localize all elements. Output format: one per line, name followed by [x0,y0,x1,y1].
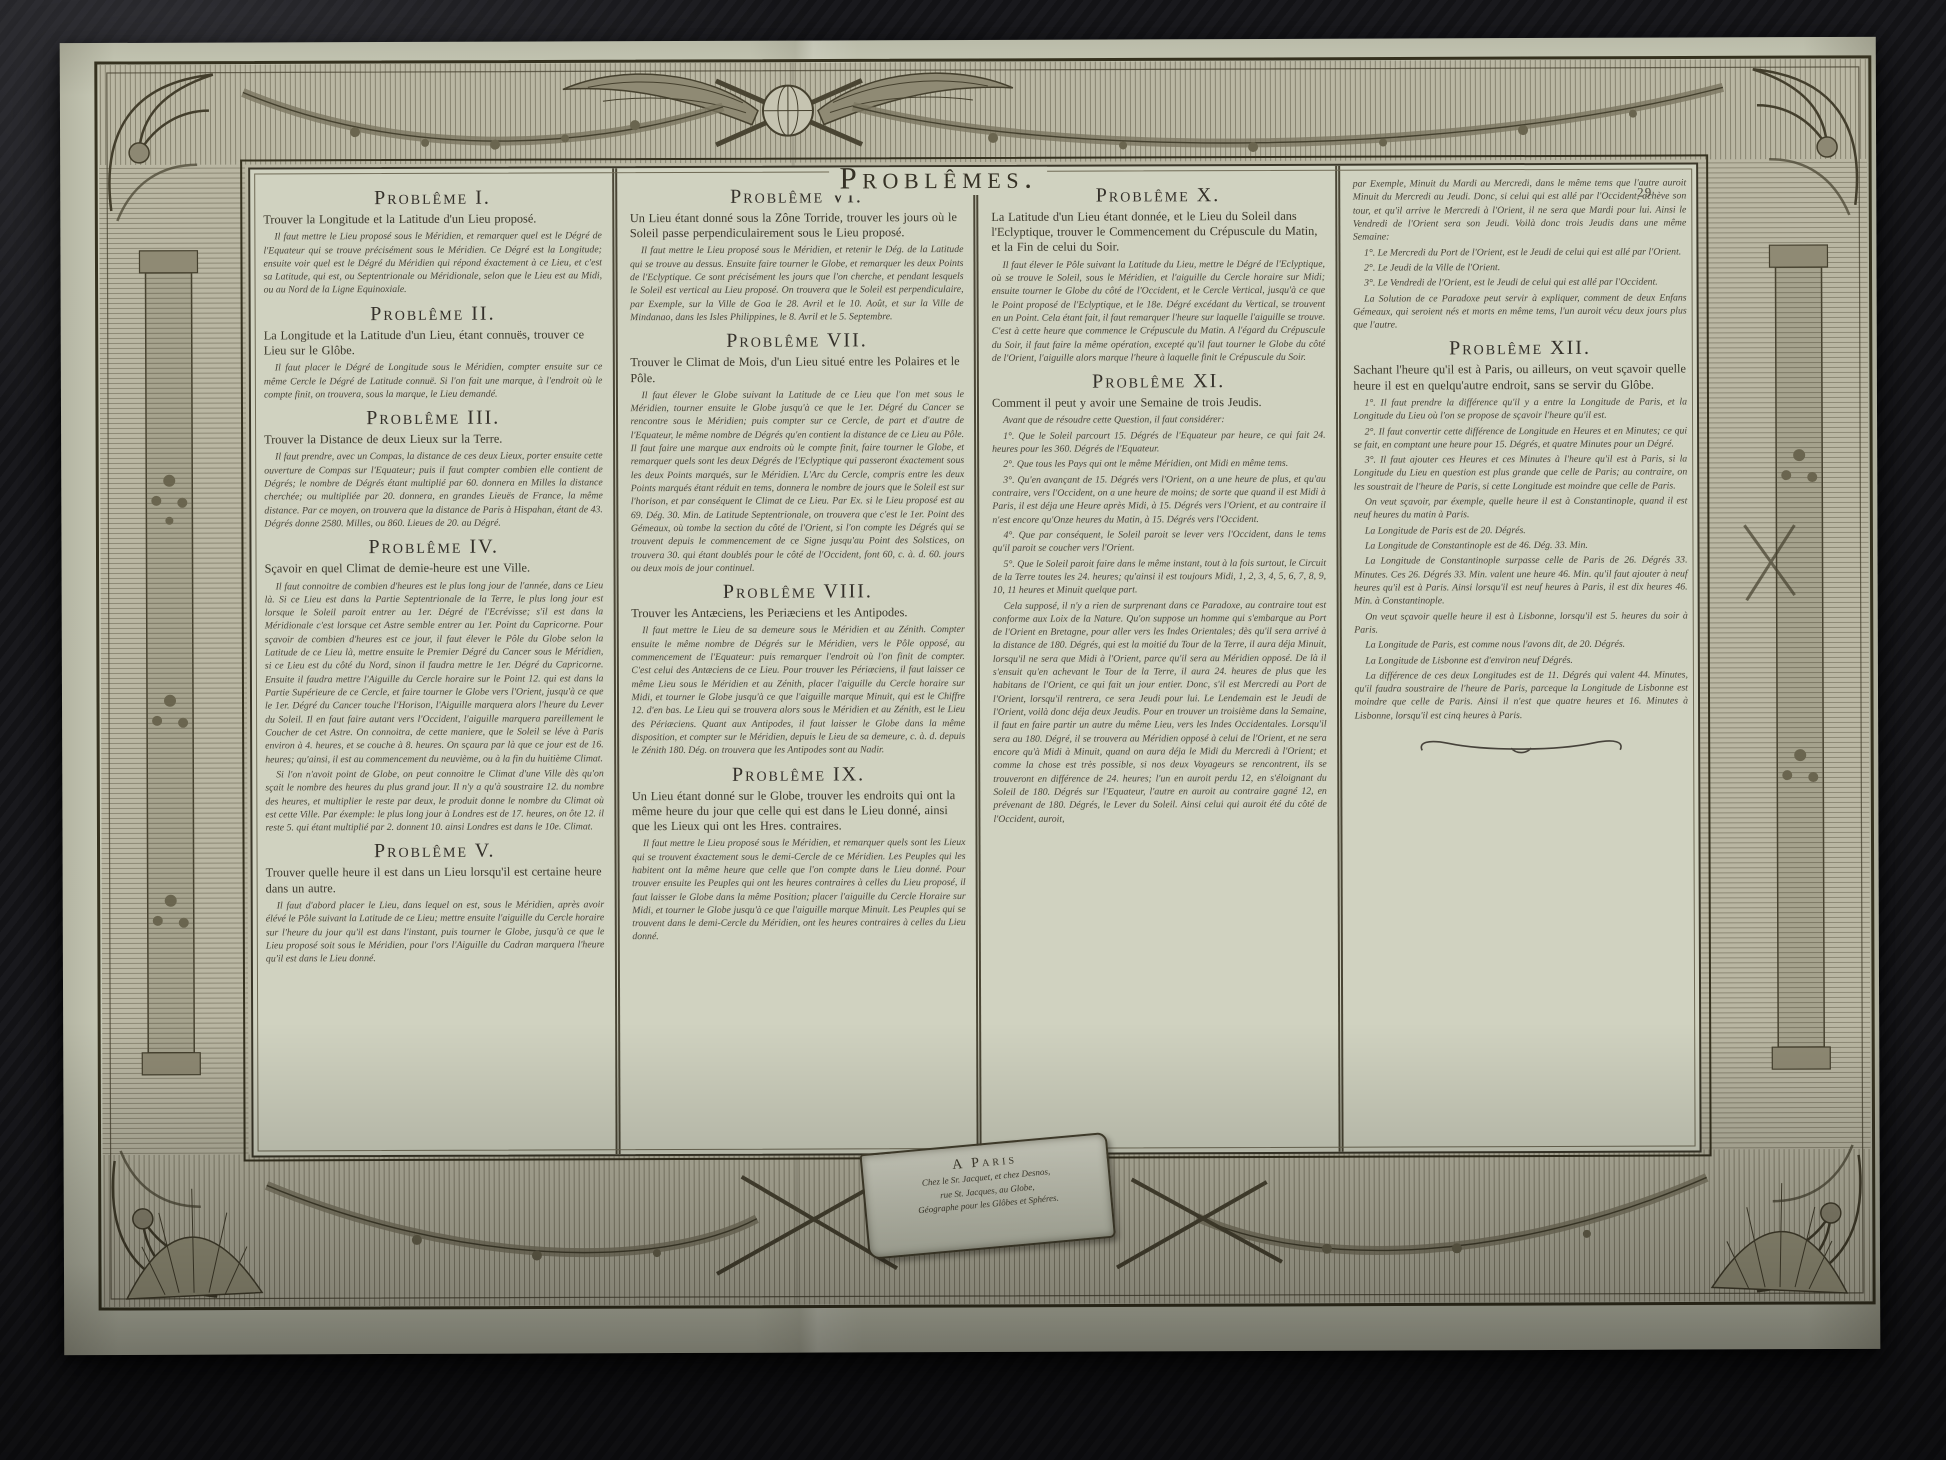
problem-heading: Problême XI. [992,371,1326,393]
problem-body-paragraph: 3°. Le Vendredi de l'Orient, est le Jeud… [1353,276,1687,290]
problem-heading: Problême IX. [632,764,966,786]
problem-1: Problême I. Trouver la Longitude et la L… [263,187,602,297]
problem-body-paragraph: 3°. Il faut ajouter ces Heures et ces Mi… [1354,453,1688,494]
column-4: par Exemple, Minuit du Mardi au Mercredi… [1335,164,1700,1151]
problem-statement: Comment il peut y avoir une Semaine de t… [992,395,1326,411]
problem-body-paragraph: La Longitude de Paris, est comme nous l'… [1354,638,1688,652]
problem-statement: La Latitude d'un Lieu étant donnée, et l… [991,209,1325,256]
problem-2: Problême II. La Longitude et la Latitude… [264,303,603,402]
problem-statement: Un Lieu étant donné sur le Globe, trouve… [632,788,966,835]
problem-body-paragraph: La Longitude de Constantinople est de 46… [1354,539,1688,553]
problem-body-paragraph: La Longitude de Lisbonne est d'environ n… [1354,653,1688,667]
left-pilaster [139,251,200,1075]
page-title: Problêmes. [829,162,1047,195]
problem-3: Problême III. Trouver la Distance de deu… [264,407,603,530]
problem-heading: Problême VIII. [631,581,965,603]
problem-body-paragraph: 4°. Que par conséquent, le Soleil paroit… [992,528,1326,556]
problem-heading: Problême V. [266,841,605,863]
problem-body-paragraph: Il faut mettre le Lieu proposé sous le M… [263,230,602,298]
problem-statement: Sçavoir en quel Climat de demie-heure es… [265,561,604,577]
problem-heading: Problême II. [264,303,603,325]
problem-8: Problême VIII. Trouver les Antæciens, le… [631,581,965,758]
problem-body-paragraph: Il faut élever le Pôle suivant la Latitu… [991,257,1325,365]
problem-body-paragraph: 2°. Il faut convertir cette différence d… [1354,424,1688,452]
problem-body-paragraph: 1°. Que le Soleil parcourt 15. Dégrés de… [992,429,1326,457]
problem-body-paragraph: La Solution de ce Paradoxe peut servir à… [1353,291,1687,332]
problem-body-paragraph: On veut sçavoir, par éxemple, quelle heu… [1354,495,1688,523]
problem-body-paragraph: Il faut connoitre de combien d'heures es… [265,579,604,767]
problem-body-paragraph: 2°. Que tous les Pays qui ont le même Mé… [992,457,1326,471]
problem-6: Problême VI. Un Lieu étant donné sous la… [630,186,964,325]
problem-11: Problême XI. Comment il peut y avoir une… [992,371,1327,826]
problem-statement: La Longitude et la Latitude d'un Lieu, é… [264,327,603,359]
engraving-sheet: Problêmes. 29 Problême I. Trouver la Lon… [60,37,1881,1355]
problem-body-paragraph: Il faut mettre le Lieu proposé sous le M… [632,836,966,944]
problem-body-paragraph: Cela supposé, il n'y a rien de surprenan… [993,598,1327,825]
problem-body-paragraph: Avant que de résoudre cette Question, il… [992,413,1326,427]
problem-heading: Problême I. [263,187,602,209]
photo-background: Problêmes. 29 Problême I. Trouver la Lon… [0,0,1946,1460]
problem-body-paragraph: 2°. Le Jeudi de la Ville de l'Orient. [1353,260,1687,274]
page-number: 29 [1637,185,1652,201]
problem-statement: Sachant l'heure qu'il est à Paris, ou ai… [1353,362,1687,394]
problem-body-paragraph: 1°. Le Mercredi du Port de l'Orient, est… [1353,245,1687,259]
column-2: Problême VI. Un Lieu étant donné sous la… [612,167,977,1154]
problem-body-paragraph: Il faut élever le Globe suivant la Latit… [630,388,964,576]
problem-7: Problême VII. Trouver le Climat de Mois,… [630,330,964,575]
problem-statement: Trouver la Longitude et la Latitude d'un… [263,211,602,227]
problem-body-paragraph: Il faut placer le Dégré de Longitude sou… [264,361,603,402]
problem-statement: Trouver les Antæciens, les Periæciens et… [631,605,965,621]
problem-body-paragraph: 5°. Que le Soleil paroit faire dans le m… [993,556,1327,597]
problem-body-paragraph: On veut sçavoir quelle heure il est à Li… [1354,609,1688,637]
text-panel: Problêmes. 29 Problême I. Trouver la Lon… [248,162,1701,1157]
problem-12: Problême XII. Sachant l'heure qu'il est … [1353,338,1688,723]
problem-body-paragraph: 1°. Il faut prendre la différence qu'il … [1353,395,1687,423]
problem-statement: Trouver le Climat de Mois, d'un Lieu sit… [630,354,964,386]
problem-body-paragraph: Si l'on n'avoit point de Globe, on peut … [265,767,604,835]
problem-body-paragraph: Il faut mettre le Lieu proposé sous le M… [630,243,964,324]
problem-4: Problême IV. Sçavoir en quel Climat de d… [264,537,604,835]
problem-5: Problême V. Trouver quelle heure il est … [266,841,605,966]
column-3: Problême X. La Latitude d'un Lieu étant … [973,166,1338,1153]
problem-body-paragraph: La Longitude de Paris est de 20. Dégrés. [1354,523,1688,537]
problem-body-paragraph: Il faut mettre le Lieu de sa demeure sou… [631,623,965,757]
closing-flourish [1416,738,1626,757]
problem-10: Problême X. La Latitude d'un Lieu étant … [991,185,1325,365]
problem-statement: Trouver quelle heure il est dans un Lieu… [266,865,605,897]
problem-statement: Un Lieu étant donné sous la Zône Torride… [630,210,964,242]
problem-statement: Trouver la Distance de deux Lieux sur la… [264,431,603,447]
problem-body-paragraph: Il faut d'abord placer le Lieu, dans leq… [266,898,605,966]
problem-body-paragraph: La Longitude de Constantinople surpasse … [1354,554,1688,608]
problem-heading: Problême III. [264,407,603,429]
imprint-cartouche: A Paris Chez le Sr. Jacquet, et chez Des… [859,1132,1116,1260]
problem-heading: Problême IV. [264,537,603,559]
problem-body-paragraph: Il faut prendre, avec un Compas, la dist… [264,450,603,531]
problem-heading: Problême XII. [1353,338,1687,360]
problem-9: Problême IX. Un Lieu étant donné sur le … [632,764,966,944]
column-1: Problême I. Trouver la Longitude et la L… [250,168,615,1155]
problem-body-paragraph: La différence de ces deux Longitudes est… [1354,668,1688,722]
problem-body-paragraph: 3°. Qu'en avançant de 15. Dégrés vers l'… [992,472,1326,526]
problem-heading: Problême VII. [630,330,964,352]
